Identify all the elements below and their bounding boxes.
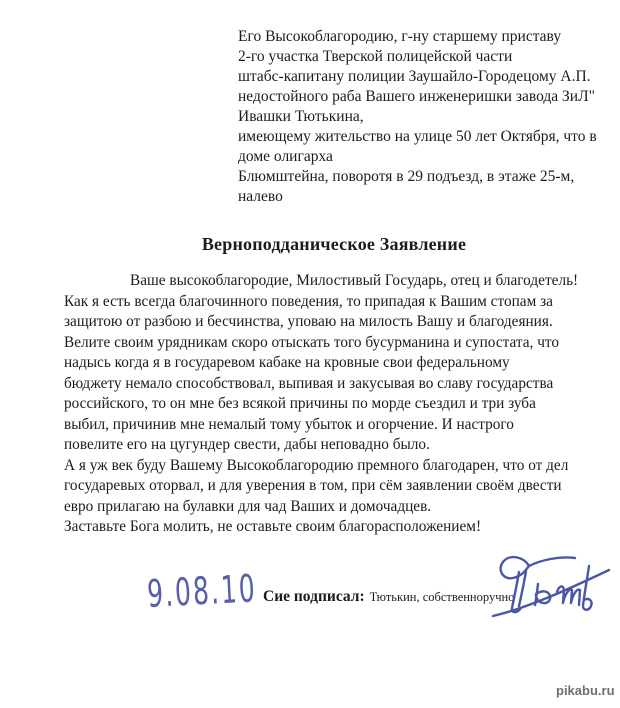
body-line: евро прилагаю на булавки для чад Ваших и… (64, 497, 584, 518)
body-line: защитою от разбою и бесчинства, уповаю н… (64, 312, 584, 333)
body-line: государевых оторвал, и для уверения в то… (64, 476, 584, 497)
signature-caption: Сие подписал:Тютькин, собственноручно (263, 588, 514, 606)
address-line: 2-го участка Тверской полицейской части (238, 47, 598, 67)
watermark: pikabu.ru (556, 683, 615, 698)
body-text: Ваше высокоблагородие, Милостивый Госуда… (64, 271, 584, 538)
address-line: Ивашки Тютькина, (238, 107, 598, 127)
body-line: надысь когда я в государевом кабаке на к… (64, 353, 584, 374)
body-line: выбил, причинив мне немалый тому убыток … (64, 415, 584, 436)
body-line: бюджету немало способствовал, выпивая и … (64, 374, 584, 395)
signature-scribble (483, 548, 620, 633)
body-line: Как я есть всегда благочинного поведения… (64, 292, 584, 313)
address-line: Блюмштейна, поворотя в 29 подъезд, в эта… (238, 167, 598, 187)
body-line: Заставьте Бога молить, не оставьте своим… (64, 517, 584, 538)
address-line: недостойного раба Вашего инженеришки зав… (238, 87, 598, 107)
body-line: повелите его на цугундер свести, дабы не… (64, 435, 584, 456)
address-line: имеющему жительство на улице 50 лет Октя… (238, 127, 598, 147)
body-line: А я уж век буду Вашему Высокоблагородию … (64, 456, 584, 477)
document-title: Верноподданическое Заявление (64, 234, 604, 255)
address-line: Его Высокоблагородию, г-ну старшему прис… (238, 27, 598, 47)
document-page: Его Высокоблагородию, г-ну старшему прис… (0, 0, 620, 708)
handwritten-date: 9.08.10 (146, 566, 258, 616)
body-line: Велите своим урядникам скоро отыскать то… (64, 333, 584, 354)
address-line: штабс-капитану полиции Заушайло-Городецо… (238, 67, 598, 87)
address-line: доме олигарха (238, 147, 598, 167)
signed-label: Сие подписал: (263, 588, 365, 605)
address-block: Его Высокоблагородию, г-ну старшему прис… (238, 27, 598, 207)
body-line: российского, то он мне без всякой причин… (64, 394, 584, 415)
body-line: Ваше высокоблагородие, Милостивый Госуда… (64, 271, 584, 292)
address-line: налево (238, 187, 598, 207)
